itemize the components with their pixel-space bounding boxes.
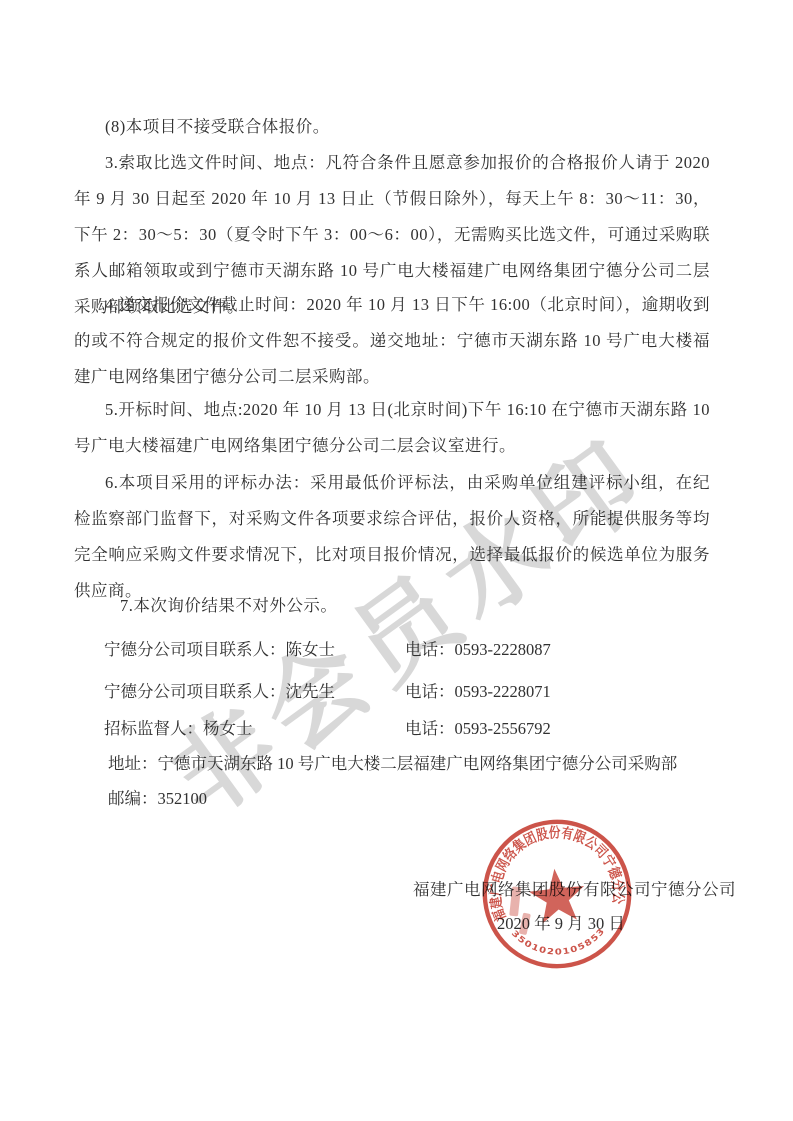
contact-row: 宁德分公司项目联系人：陈女士 电话：0593-2228087	[74, 638, 710, 662]
paragraph-item-4: 4.递交报价文件截止时间：2020 年 10 月 13 日下午 16:00（北京…	[74, 287, 710, 395]
seal-star-icon	[527, 866, 588, 924]
contact-name: 招标监督人：杨女士	[104, 717, 253, 741]
postal-line: 邮编：352100	[108, 787, 710, 811]
contact-row: 宁德分公司项目联系人：沈先生 电话：0593-2228071	[74, 680, 710, 704]
contact-name: 宁德分公司项目联系人：陈女士	[104, 638, 335, 662]
contact-row: 招标监督人：杨女士 电话：0593-2556792	[74, 717, 710, 741]
document-page: 非会员水印 (8)本项目不接受联合体报价。 3.索取比选文件时间、地点：凡符合条…	[0, 0, 793, 1121]
paragraph-item-8: (8)本项目不接受联合体报价。	[74, 109, 710, 145]
address-line: 地址：宁德市天湖东路 10 号广电大楼二层福建广电网络集团宁德分公司采购部	[108, 752, 710, 776]
paragraph-item-7: 7.本次询价结果不对外公示。	[74, 588, 710, 624]
official-seal: 福建广电网络集团股份有限公司宁德分公司 3501020105853	[471, 808, 642, 979]
seal-inner-marks	[506, 885, 533, 937]
contact-phone: 电话：0593-2228087	[405, 638, 551, 662]
contact-name: 宁德分公司项目联系人：沈先生	[104, 680, 335, 704]
contact-phone: 电话：0593-2228071	[405, 680, 551, 704]
contact-phone: 电话：0593-2556792	[405, 717, 551, 741]
paragraph-item-5: 5.开标时间、地点:2020 年 10 月 13 日(北京时间)下午 16:10…	[74, 392, 710, 464]
